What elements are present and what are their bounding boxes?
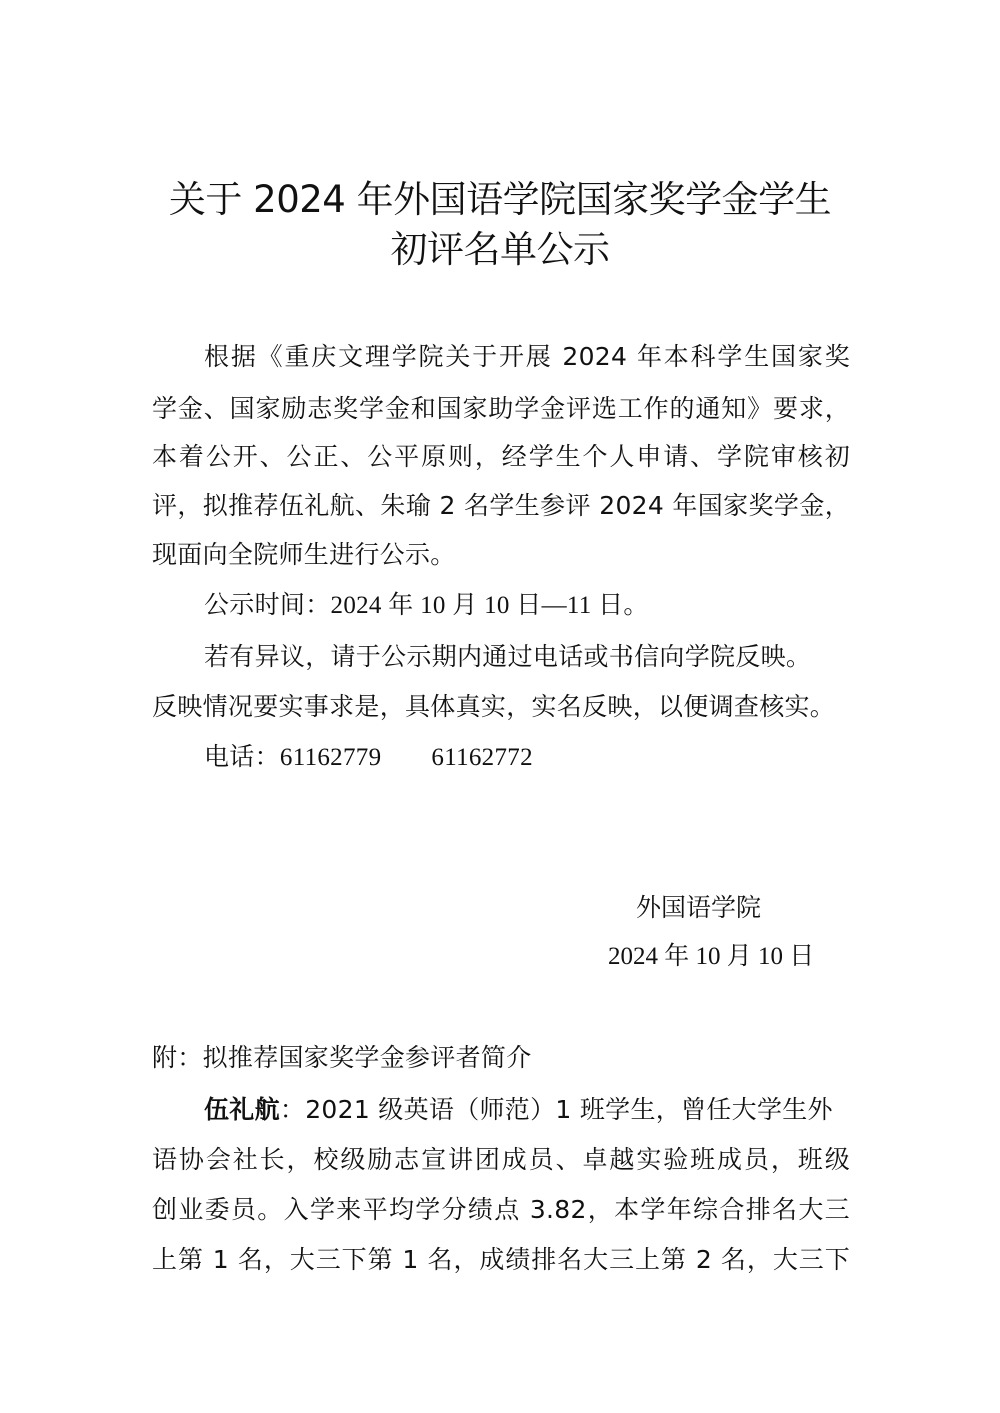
paragraph-line: 学金、国家励志奖学金和国家助学金评选工作的通知》要求， (152, 393, 850, 425)
document-title-line-1: 关于 2024 年外国语学院国家奖学金学生 (0, 178, 1000, 222)
publicity-period-value: 2024 年 10 月 10 日—11 日。 (331, 592, 649, 619)
phone-number-1: 61162779 (280, 744, 381, 771)
paragraph-line: 评，拟推荐伍礼航、朱瑜 2 名学生参评 2024 年国家奖学金， (152, 490, 850, 522)
document-title-line-2: 初评名单公示 (0, 228, 1000, 272)
objection-line: 若有异议，请于公示期内通过电话或书信向学院反映。 (204, 641, 811, 673)
candidate-line: 上第 1 名，大三下第 1 名，成绩排名大三上第 2 名，大三下 (152, 1244, 850, 1276)
candidate-text: 2021 级英语（师范）1 班学生，曾任大学生外 (305, 1095, 833, 1124)
candidate-line: 创业委员。入学来平均学分绩点 3.82，本学年综合排名大三 (152, 1194, 850, 1226)
candidate-intro-line: 伍礼航：2021 级英语（师范）1 班学生，曾任大学生外 (204, 1094, 833, 1126)
paragraph-line: 本着公开、公正、公平原则，经学生个人申请、学院审核初 (152, 441, 850, 473)
signature-date: 2024 年 10 月 10 日 (608, 941, 814, 973)
paragraph-line: 现面向全院师生进行公示。 (152, 539, 456, 571)
publicity-period: 公示时间：2024 年 10 月 10 日—11 日。 (204, 589, 649, 622)
phone-label: 电话： (204, 742, 280, 771)
publicity-period-label: 公示时间： (204, 590, 331, 619)
phone-line: 电话：6116277961162772 (204, 741, 533, 774)
candidate-name: 伍礼航 (204, 1095, 280, 1124)
objection-line: 反映情况要实事求是，具体真实，实名反映，以便调查核实。 (152, 691, 835, 723)
candidate-colon: ： (280, 1095, 305, 1124)
appendix-heading: 附：拟推荐国家奖学金参评者简介 (152, 1042, 532, 1074)
paragraph-line: 根据《重庆文理学院关于开展 2024 年本科学生国家奖 (204, 341, 850, 373)
signature-org: 外国语学院 (636, 892, 761, 924)
phone-number-2: 61162772 (431, 744, 532, 771)
candidate-line: 语协会社长，校级励志宣讲团成员、卓越实验班成员，班级 (152, 1144, 850, 1176)
